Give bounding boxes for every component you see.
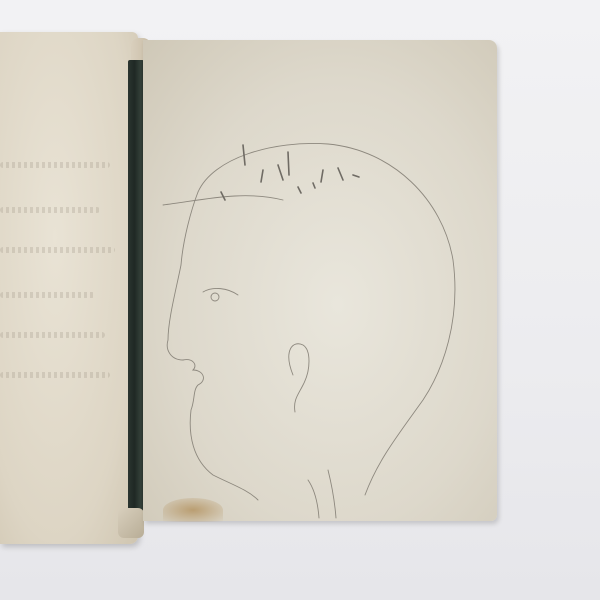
faint-writing: [0, 247, 115, 253]
faint-writing: [0, 332, 105, 338]
book-spine: [128, 60, 144, 512]
photo-scene: [0, 0, 600, 600]
faint-writing: [0, 372, 110, 378]
faint-writing: [0, 292, 95, 298]
left-page: [0, 32, 138, 544]
spine-bottom-fold: [118, 508, 144, 538]
faint-writing: [0, 207, 100, 213]
faint-writing: [0, 162, 110, 168]
head-profile-sketch: [143, 40, 497, 521]
